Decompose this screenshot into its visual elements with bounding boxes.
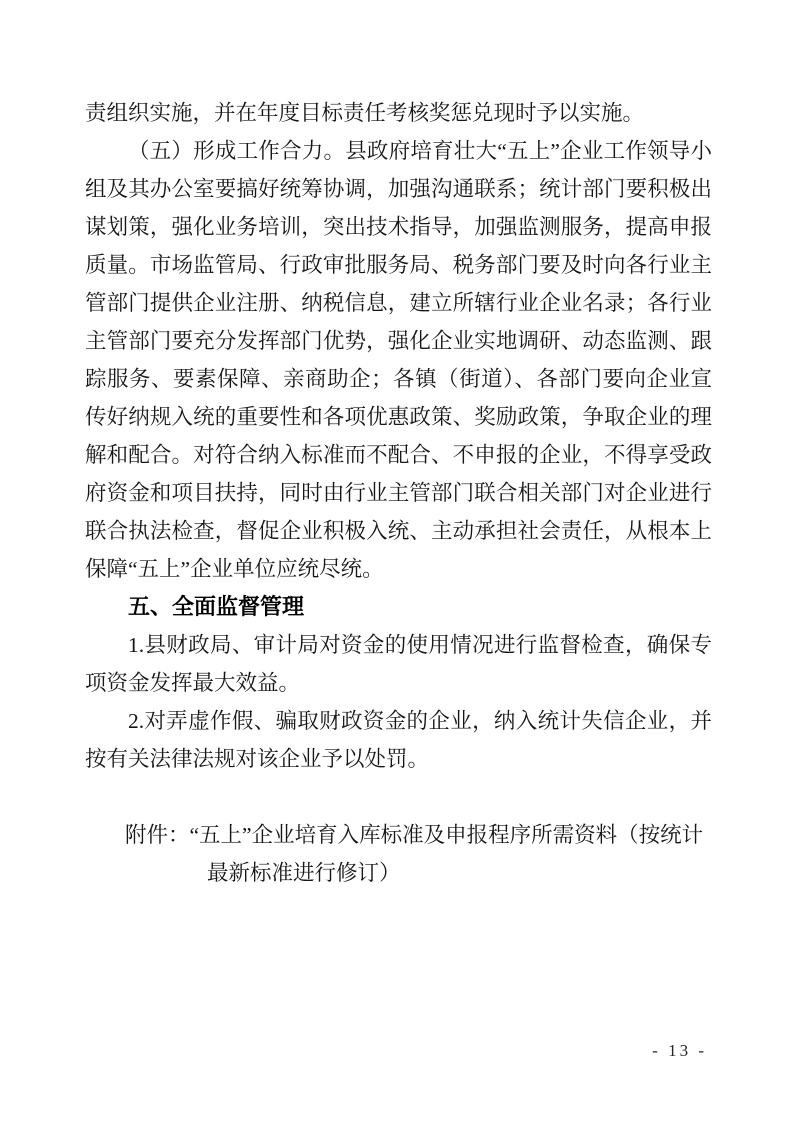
paragraph-continuation: 责组织实施，并在年度目标责任考核奖惩兑现时予以实施。 <box>85 94 712 132</box>
paragraph-item-1: 1.县财政局、审计局对资金的使用情况进行监督检查，确保专项资金发挥最大效益。 <box>85 626 712 702</box>
paragraph-section-5-lead: （五）形成工作合力。 <box>128 139 345 163</box>
page-number: - 13 - <box>652 1040 707 1062</box>
paragraph-item-2: 2.对弄虚作假、骗取财政资金的企业，纳入统计失信企业，并按有关法律法规对该企业予… <box>85 702 712 778</box>
attachment-note: 附件：“五上”企业培育入库标准及申报程序所需资料（按统计最新标准进行修订） <box>85 816 712 892</box>
paragraph-section-5: （五）形成工作合力。县政府培育壮大“五上”企业工作领导小组及其办公室要搞好统筹协… <box>85 132 712 588</box>
paragraph-section-5-text: 县政府培育壮大“五上”企业工作领导小组及其办公室要搞好统筹协调，加强沟通联系；统… <box>85 139 712 581</box>
section-heading-5: 五、全面监督管理 <box>85 588 712 626</box>
document-body: 责组织实施，并在年度目标责任考核奖惩兑现时予以实施。 （五）形成工作合力。县政府… <box>85 94 712 892</box>
document-page: 责组织实施，并在年度目标责任考核奖惩兑现时予以实施。 （五）形成工作合力。县政府… <box>0 0 793 1122</box>
attachment-text: “五上”企业培育入库标准及申报程序所需资料（按统计最新标准进行修订） <box>190 823 704 885</box>
attachment-label: 附件： <box>125 823 190 847</box>
